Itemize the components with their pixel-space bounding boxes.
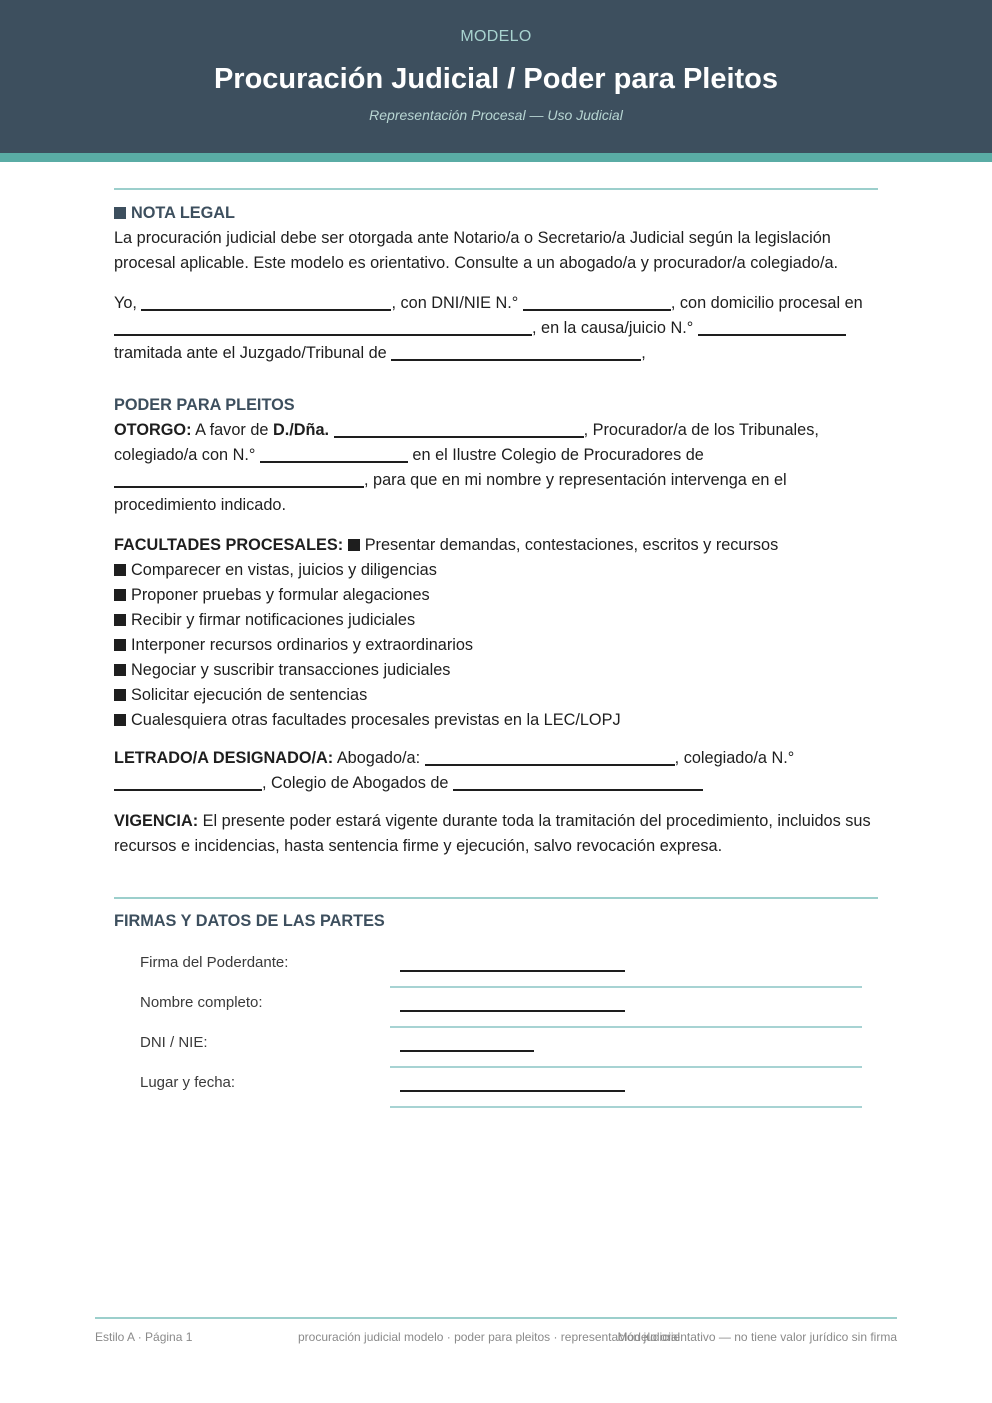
facultades-label: FACULTADES PROCESALES:	[114, 536, 343, 554]
letrado-text: Abogado/a:	[333, 749, 424, 767]
intro-text: , con domicilio procesal en	[671, 294, 863, 312]
facultad-item: Proponer pruebas y formular alegaciones	[114, 583, 878, 608]
footer-page-info: Estilo A · Página 1	[95, 1330, 192, 1344]
otorgo-line-3: , para que en mi nombre y representación…	[114, 468, 878, 493]
full-name-blank-field[interactable]	[400, 1010, 625, 1012]
facultad-item: Interponer recursos ordinarios y extraor…	[114, 633, 878, 658]
dna-label: D./Dña.	[273, 421, 329, 439]
nota-legal-section: NOTA LEGAL La procuración judicial debe …	[114, 201, 878, 276]
square-bullet-icon	[114, 664, 126, 676]
letrado-label: LETRADO/A DESIGNADO/A:	[114, 749, 333, 767]
square-bullet-icon	[114, 639, 126, 651]
otorgo-line-1: OTORGO: A favor de D./Dña. , Procurador/…	[114, 418, 878, 443]
letrado-line-2: , Colegio de Abogados de	[114, 771, 878, 796]
facultad-text: Solicitar ejecución de sentencias	[131, 686, 367, 704]
letrado-text: , Colegio de Abogados de	[262, 774, 453, 792]
signature-row: Lugar y fecha:	[114, 1068, 862, 1108]
letrado-section: LETRADO/A DESIGNADO/A: Abogado/a: , cole…	[114, 746, 878, 796]
poder-text: en el Ilustre Colegio de Procuradores de	[408, 446, 704, 464]
colegiado-number-blank-field[interactable]	[260, 447, 408, 463]
header-kicker: MODELO	[0, 28, 992, 46]
poder-text: A favor de	[192, 421, 273, 439]
colegio-abogados-blank-field[interactable]	[453, 775, 703, 791]
facultad-text: Negociar y suscribir transacciones judic…	[131, 661, 450, 679]
signature-label: Lugar y fecha:	[140, 1074, 235, 1091]
otorgo-line-4: procedimiento indicado.	[114, 493, 878, 518]
square-bullet-icon	[114, 614, 126, 626]
section-divider	[114, 897, 878, 899]
footer-keywords: procuración judicial modelo · poder para…	[298, 1330, 680, 1344]
letrado-line-1: LETRADO/A DESIGNADO/A: Abogado/a: , cole…	[114, 746, 878, 771]
facultades-section: FACULTADES PROCESALES: Presentar demanda…	[114, 533, 878, 733]
facultad-text: Comparecer en vistas, juicios y diligenc…	[131, 561, 437, 579]
poder-section: PODER PARA PLEITOS OTORGO: A favor de D.…	[114, 393, 878, 518]
document-header: MODELO Procuración Judicial / Poder para…	[0, 0, 992, 153]
facultad-item: Negociar y suscribir transacciones judic…	[114, 658, 878, 683]
facultad-text: Cualesquiera otras facultades procesales…	[131, 711, 621, 729]
facultad-text: Interponer recursos ordinarios y extraor…	[131, 636, 473, 654]
name-blank-field[interactable]	[141, 295, 391, 311]
header-accent-band	[0, 153, 992, 162]
square-bullet-icon	[114, 564, 126, 576]
signature-row: DNI / NIE:	[114, 1028, 862, 1068]
facultad-item: Solicitar ejecución de sentencias	[114, 683, 878, 708]
facultad-item: FACULTADES PROCESALES: Presentar demanda…	[114, 533, 878, 558]
causa-blank-field[interactable]	[698, 320, 846, 336]
row-divider	[390, 1106, 862, 1108]
facultad-text: Presentar demandas, contestaciones, escr…	[365, 536, 779, 554]
intro-text: tramitada ante el Juzgado/Tribunal de	[114, 344, 391, 362]
vigencia-text: VIGENCIA: El presente poder estará vigen…	[114, 809, 878, 859]
abogado-blank-field[interactable]	[425, 750, 675, 766]
intro-text: Yo,	[114, 294, 141, 312]
colegio-blank-field[interactable]	[114, 472, 364, 488]
signature-label: Firma del Poderdante:	[140, 954, 288, 971]
dni-nie-blank-field[interactable]	[400, 1050, 534, 1052]
square-bullet-icon	[114, 689, 126, 701]
facultad-text: Recibir y firmar notificaciones judicial…	[131, 611, 415, 629]
nota-legal-heading-text: NOTA LEGAL	[131, 204, 235, 222]
facultad-item: Comparecer en vistas, juicios y diligenc…	[114, 558, 878, 583]
square-bullet-icon	[114, 589, 126, 601]
signature-row: Firma del Poderdante:	[114, 948, 862, 988]
square-bullet-icon	[114, 207, 126, 219]
nota-legal-text: La procuración judicial debe ser otorgad…	[114, 226, 878, 276]
intro-line-2: , en la causa/juicio N.°	[114, 316, 878, 341]
signature-label: Nombre completo:	[140, 994, 263, 1011]
section-divider	[114, 188, 878, 190]
nota-legal-heading: NOTA LEGAL	[114, 201, 878, 226]
abogado-colegiado-blank-field[interactable]	[114, 775, 262, 791]
intro-text: ,	[641, 344, 646, 362]
otorgo-line-2: colegiado/a con N.° en el Ilustre Colegi…	[114, 443, 878, 468]
vigencia-section: VIGENCIA: El presente poder estará vigen…	[114, 809, 878, 859]
vigencia-label: VIGENCIA:	[114, 812, 198, 830]
square-bullet-icon	[348, 539, 360, 551]
juzgado-blank-field[interactable]	[391, 345, 641, 361]
letrado-text: , colegiado/a N.°	[675, 749, 795, 767]
vigencia-body: El presente poder estará vigente durante…	[114, 812, 871, 855]
intro-text: , con DNI/NIE N.°	[391, 294, 522, 312]
intro-text: , en la causa/juicio N.°	[532, 319, 698, 337]
domicilio-blank-field[interactable]	[114, 320, 532, 336]
document-subtitle: Representación Procesal — Uso Judicial	[0, 107, 992, 123]
intro-line-3: tramitada ante el Juzgado/Tribunal de ,	[114, 341, 878, 366]
facultad-item: Cualesquiera otras facultades procesales…	[114, 708, 878, 733]
intro-paragraph: Yo, , con DNI/NIE N.° , con domicilio pr…	[114, 291, 878, 366]
intro-line-1: Yo, , con DNI/NIE N.° , con domicilio pr…	[114, 291, 878, 316]
poder-text: , Procurador/a de los Tribunales,	[584, 421, 819, 439]
procurador-name-blank-field[interactable]	[334, 422, 584, 438]
firmas-heading: FIRMAS Y DATOS DE LAS PARTES	[114, 909, 878, 934]
poder-text: , para que en mi nombre y representación…	[364, 471, 787, 489]
footer-divider	[95, 1317, 897, 1319]
signature-row: Nombre completo:	[114, 988, 862, 1028]
otorgo-label: OTORGO:	[114, 421, 192, 439]
signature-label: DNI / NIE:	[140, 1034, 208, 1051]
dni-blank-field[interactable]	[523, 295, 671, 311]
square-bullet-icon	[114, 714, 126, 726]
place-date-blank-field[interactable]	[400, 1090, 625, 1092]
facultad-item: Recibir y firmar notificaciones judicial…	[114, 608, 878, 633]
firmas-section: FIRMAS Y DATOS DE LAS PARTES	[114, 909, 878, 934]
signature-blank-field[interactable]	[400, 970, 625, 972]
poder-heading: PODER PARA PLEITOS	[114, 393, 878, 418]
poder-text: colegiado/a con N.°	[114, 446, 260, 464]
facultad-text: Proponer pruebas y formular alegaciones	[131, 586, 430, 604]
document-title: Procuración Judicial / Poder para Pleito…	[0, 63, 992, 96]
